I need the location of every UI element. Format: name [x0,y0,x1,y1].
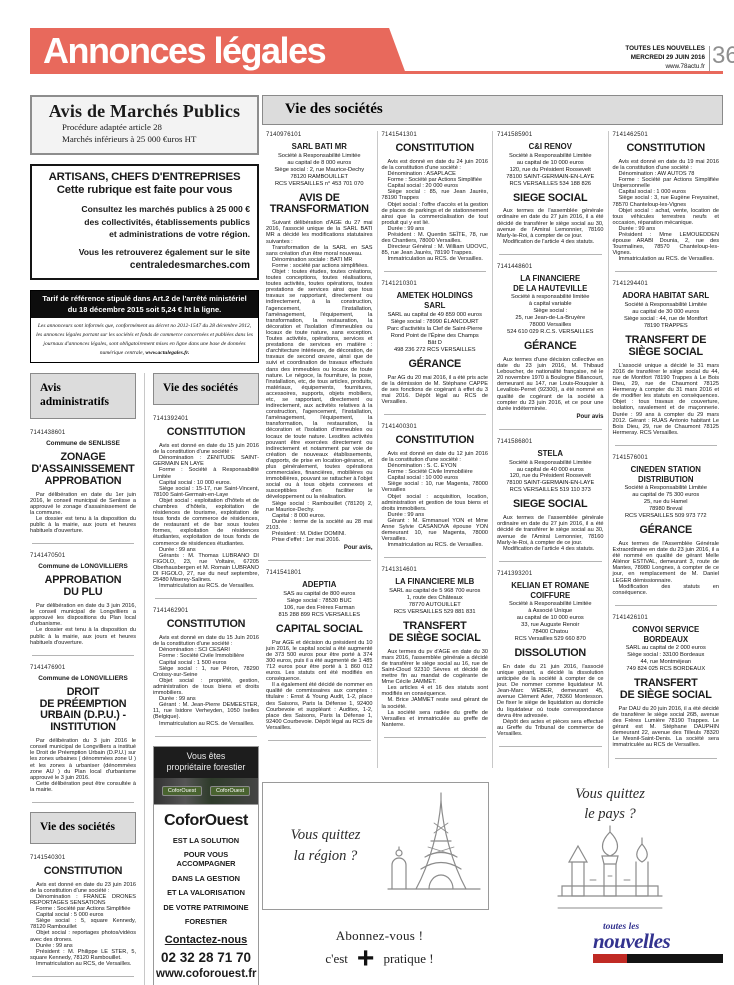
notice-paragraph: Par délibération en date du 1er juin 201… [30,492,136,516]
notice-heading: CONSTITUTION [382,143,489,155]
notice-paragraph: Par délibération en date du 3 juin 2016,… [30,603,136,627]
tarif-box: Tarif de référence stipulé dans Art.2 de… [30,290,259,363]
notice-ref: 7141438601 [30,430,136,436]
legal-notice: 7141462501CONSTITUTIONAvis est donné en … [613,132,720,262]
artisans-promo-title: ARTISANS, CHEFS D'ENTREPRISES Cette rubr… [39,171,250,198]
notice-paragraph: Aux termes d'une décision collective en … [497,357,604,412]
notice-paragraph: Siège social : 85, rue Jean Jaurès, 7819… [382,189,489,201]
notice-paragraph: Siège social : 3, rue Eugène Freyssinet,… [613,195,720,207]
column-6: 7141462501CONSTITUTIONAvis est donné en … [608,131,724,768]
notice-paragraph: Siège social : 1, rue Péron, 78290 Crois… [153,666,259,678]
ad-quit-pays-text: Vous quittez le pays ? [497,784,723,825]
notice-paragraph: Objet social : acquisition, location, ad… [382,494,489,512]
masthead-divider [709,46,710,71]
notice-ref: 7141426101 [613,615,720,621]
notice-paragraph: Président : Mme LEMOUEDDEN épouse ARABI … [613,232,720,256]
notice-paragraph: Il a également été décidé de nommer en q… [266,682,373,731]
notice-paragraph: Immatriculation au RCS. de Versailles. [382,256,489,262]
artisans-promo-body: Consultez les marchés publics à 25 000 €… [39,203,250,242]
notice-ref: 7141462501 [613,132,720,138]
tarif-site: www.actulegales.fr. [145,350,189,356]
ad-coforouest: Vous êtes propriétaire forestierCoforOue… [153,746,259,985]
coforouest-photo-strip: CoforOuestCoforOuest [154,778,258,804]
notice-meta-line: Société à responsabilité limitée [497,294,604,301]
notice-paragraph: Durée : terme de la société au 28 mai 21… [266,519,373,531]
masthead: TOUTES LES NOUVELLES MERCREDI 29 JUIN 20… [520,45,705,71]
notice-separator [32,802,134,803]
notice-heading: CONSTITUTION [613,143,720,155]
subscribe-line2: c'est + pratique ! [262,947,497,971]
notice-paragraph: Les articles 4 et 16 des statuts sont mo… [382,685,489,697]
notice-separator [155,736,257,737]
notice-ref: 7141210301 [382,281,489,287]
notice-separator [32,543,134,544]
notice-ref: 7141586801 [497,439,604,445]
legal-notice: 7141448601LA FINANCIERE DE LA HAUTEVILLE… [497,264,604,420]
notice-ref: 7141540301 [30,855,136,861]
notice-paragraph: Par délibération du 3 juin 2016 le conse… [30,738,136,781]
notice-separator [384,557,487,558]
notice-separator [499,254,602,255]
notice-paragraph: Le dossier est tenu à la disposition du … [30,516,136,534]
artisans-promo-site: centraledesmarches.com [39,260,250,271]
notice-paragraph: Gérant : M. Jean-Pierre DEMEESTER, 11, r… [153,702,259,720]
notice-paragraph: Modification des statuts en conséquence. [613,584,720,596]
notice-meta-line: Siège social : 44, rue de Montfort [613,316,720,323]
coforouest-line: FORESTIER [156,917,256,926]
masthead-date: MERCREDI 29 JUIN 2016 [520,54,705,63]
notice-heading: CONSTITUTION [153,427,259,439]
notice-company-name: C&I RENOV [497,142,604,152]
paris-sketch-illustration [384,789,484,903]
marches-publics-line: Marchés inférieurs à 25 000 €uros HT [40,134,249,146]
notice-meta-line: 78190 TRAPPES [613,323,720,330]
header-rule [404,71,723,74]
notice-paragraph: Objet social : propriété, gestion, admin… [153,678,259,696]
coforouest-brand: CoforOuest [156,812,256,830]
notice-ref: 7141462901 [153,608,259,614]
legal-notice: 7141210301AMETEK HOLDINGS SARLSARL au ca… [382,281,489,405]
notice-ref: 7141576001 [613,455,720,461]
legal-notice: 7140976101SARL BATI MRSociété à Responsa… [266,132,373,551]
notice-meta-line: 78400 Chatou [497,629,604,636]
legal-notice: 7141541801ADEPTIASAS au capital de 800 e… [266,570,373,731]
notice-ref: 7141585901 [497,132,604,138]
coforouest-line: ET LA VALORISATION [156,888,256,897]
notice-ref: 7141314601 [382,567,489,573]
notice-meta-line: RCS VERSAILLES 534 188 826 [497,181,604,188]
notice-company-name: LA FINANCIERE DE LA HAUTEVILLE [497,274,604,293]
notice-meta-line: Siège social : 33100 Bordeaux [613,652,720,659]
notice-paragraph: Aux termes du pv d'AGE en date du 30 mar… [382,649,489,686]
newspaper-logo: toutes les nouvelles [593,916,723,964]
marches-publics-box: Avis de Marchés Publics Procédure adapté… [30,95,259,155]
tarif-body: Les annonceurs sont informés que, confor… [31,318,258,362]
notice-meta-line: Bât D [382,340,489,347]
notice-heading: CONSTITUTION [382,435,489,447]
notice-separator [615,758,718,759]
notice-paragraph: Forme : Société à Responsabilité Limitée [153,467,259,479]
legal-notice: 7141314601LA FINANCIERE MLBSARL au capit… [382,567,489,728]
notice-paragraph: Dénomination : FRANCE DRONES REPORTAGES … [30,894,136,906]
notice-paragraph: Avis est donné en date du 12 juin 2016 d… [382,451,489,463]
notice-heading: TRANSFERT DE SIÈGE SOCIAL [382,621,489,645]
notice-meta-line: Siège social : [497,308,604,315]
notice-company-name: AMETEK HOLDINGS SARL [382,291,489,310]
coforouest-site: www.coforouest.fr [156,968,256,980]
notice-paragraph: Par AGE et décision du président du 10 j… [266,640,373,683]
notice-ref: 7141392401 [153,416,259,422]
notice-meta-line: Société à Responsabilité Limitée [613,302,720,309]
notice-meta-line: 44, rue Montméjean [613,659,720,666]
section-header-vie-des-societes-left: Vie des sociétés [30,812,136,844]
notice-meta-line: Société à Responsabilité Limitée [497,153,604,160]
notice-meta-line: 78770 AUTOUILLET [382,602,489,609]
notice-meta-line: au capital de 10 000 euros [497,160,604,167]
notice-meta-line: SARL au capital de 5 968 700 euros [382,588,489,595]
notice-heading: SIEGE SOCIAL [497,499,604,511]
coforouest-body: CoforOuestEST LA SOLUTIONPOUR VOUS ACCOM… [154,804,258,985]
legal-notice: 7141476901Commune de LONGVILLIERSDROIT D… [30,665,136,793]
notice-separator [268,560,371,561]
notice-paragraph: Avis est donné en date du 24 juin 2016 d… [382,159,489,171]
coforouest-logo-chip: CoforOuest [162,786,202,796]
notice-separator [384,737,487,738]
legal-notice: 7141470501Commune de LONGVILLIERSAPPROBA… [30,553,136,645]
notice-paragraph: Objet social : l'offre d'accès et la ges… [382,202,489,226]
notice-meta-line: Société à Responsabilité Limitée [497,460,604,467]
notice-meta-line: 815 288 899 RCS VERSAILLES [266,612,373,619]
notice-meta-line: à Associé Unique [497,608,604,615]
notice-company-name: STELA [497,449,604,459]
notice-meta-line: 120, rue du Président Roosevelt [497,473,604,480]
section-banner: Annonces légales [30,28,406,74]
subscribe-cest: c'est [325,951,348,967]
notice-separator [499,561,602,562]
page-title: Annonces légales [30,28,406,74]
legal-notice: 7141392401CONSTITUTIONAvis est donné en … [153,416,259,589]
notice-paragraph: Immatriculation au RCS, de Versailles. [30,961,136,967]
page-number: 36 [712,42,734,70]
notice-ref: 7141541301 [382,132,489,138]
notice-paragraph: Objet social : exploitation d'hôtels et … [153,498,259,547]
notice-company-name: CONVOI SERVICE BORDEAUX [613,625,720,644]
notice-meta-line: RCS Versailles 529 660 870 [497,636,604,643]
notice-meta-line: Société à Responsabilité Limitée [266,153,373,160]
notice-heading: GÉRANCE [613,525,720,537]
notice-paragraph: Cette délibération peut être consultée à… [30,781,136,793]
notice-paragraph: Avis est donné en date du 15 juin 2016 d… [153,443,259,455]
ad-quit-pays: Vous quittez le pays ? [497,782,723,910]
notice-meta-line: au capital de 30 000 euros [613,309,720,316]
notice-heading: CONSTITUTION [30,866,136,878]
notice-paragraph: Aux termes de l'assemblée générale ordin… [497,208,604,238]
marches-publics-line: Procédure adaptée article 28 [40,122,249,134]
notice-paragraph: Président : M. Quentin SEÏTE, 78, rue de… [382,232,489,244]
notice-separator [384,271,487,272]
coforouest-line: DE VOTRE PATRIMOINE [156,903,256,912]
notice-company-name: ADEPTIA [266,580,373,590]
notice-paragraph: Avis est donné en date du 15 Juin 2016 d… [153,635,259,647]
notice-separator [384,414,487,415]
notice-signoff: Pour avis [497,414,604,420]
notice-meta-line: SAS au capital de 800 euros [266,591,373,598]
notice-meta-line: 78100 SAINT-GERMAIN-EN-LAYE [497,480,604,487]
notice-meta-line: RCS VERSAILLES 519 110 373 [497,487,604,494]
notice-heading: ZONAGE D'ASSAINISSEMENT APPROBATION [30,452,136,488]
notice-meta-line: 120, rue du Président Roosevelt [497,167,604,174]
notice-paragraph: Aux termes de l'assemblée générale ordin… [497,515,604,545]
legal-notice: 7141576001CINEDEN STATION DISTRIBUTIONSo… [613,455,720,596]
moscow-sketch-illustration [544,824,676,910]
notice-paragraph: Siège social : 5, square Kennedy, 78120 … [30,918,136,930]
notice-ref: 7140976101 [266,132,373,138]
notice-separator [32,655,134,656]
notice-ref: 7141400301 [382,424,489,430]
notice-paragraph: Immatriculation au RCS. de Versailles. [613,256,720,262]
notice-ref: 7141470501 [30,553,136,559]
legal-notice: 7141400301CONSTITUTIONAvis est donné en … [382,424,489,548]
notice-heading: GÉRANCE [497,341,604,353]
notice-meta-line: Rond Point de l'Épine des Champs [382,333,489,340]
notice-separator [155,598,257,599]
subscribe-promo: Abonnez-vous ! c'est + pratique ! [262,916,497,971]
column-2: Vie des sociétés7141392401CONSTITUTIONAv… [144,373,259,985]
marches-publics-title: Avis de Marchés Publics [40,101,249,122]
notice-meta-line: au capital de 40 000 euros [497,467,604,474]
notice-meta-line: à capital variable [497,301,604,308]
subscribe-line1: Abonnez-vous ! [262,928,497,944]
ad-quit-region: Vous quittez la région ? [262,782,489,910]
notice-paragraph: Gérants : M. Thomas LUBRANO DI FIGOLO, 2… [153,553,259,583]
notice-paragraph: Aux termes de l'Assemblée Générale Extra… [613,541,720,584]
notice-meta-line: 25, rue Jean-de-La-Bruyère [497,315,604,322]
notice-separator [32,976,134,977]
notice-meta-line: RCS VERSAILLES 529 881 831 [382,609,489,616]
notice-separator [615,605,718,606]
notice-paragraph: Modification de l'article 4 des statuts. [497,546,604,552]
notice-paragraph: Directeur Général : M. William UDOVC, 85… [382,244,489,256]
legal-notice: 7141585901C&I RENOVSociété à Responsabil… [497,132,604,245]
column-1: Avis administratifs7141438601Commune de … [30,373,136,985]
notice-commune: Commune de SENLISSE [30,440,136,447]
notice-paragraph: Immatriculation au RCS. de Versailles. [153,721,259,727]
notice-meta-line: Parc d'activités la Clef de Saint-Pierre [382,326,489,333]
notice-paragraph: La société sera radiée du greffe de Vers… [382,710,489,728]
notice-company-name: SARL BATI MR [266,142,373,152]
coforouest-line: EST LA SOLUTION [156,836,256,845]
coforouest-logo-chip: CoforOuest [210,786,250,796]
section-header-vie-des-societes: Vie des sociétés [262,95,723,125]
coforouest-headline: Vous êtes propriétaire forestier [154,747,258,779]
coforouest-line: DANS LA GESTION [156,874,256,883]
notice-separator [615,445,718,446]
notice-meta-line: 78980 Breval [613,506,720,513]
notice-meta-line: RCS VERSAILLES n° 453 701 070 [266,181,373,188]
notice-meta-line: Siège social : 2, rue Maurice-Dechy [266,167,373,174]
notice-meta-line: 78100 SAINT-GERMAIN-EN-LAYE [497,174,604,181]
notice-heading: CONSTITUTION [153,619,259,631]
notice-paragraph: Modification de l'article 4 des statuts. [497,239,604,245]
artisans-promo-body2: Vous les retrouverez également sur le si… [39,246,250,259]
notice-meta-line: 25, rue du Hamel [613,499,720,506]
notice-meta-line: 749 824 025 RCS BORDEAUX [613,666,720,673]
plus-icon: + [357,947,375,971]
coforouest-phone: 02 32 28 71 70 [156,950,256,965]
notice-paragraph: M. Brice JAMMET reste seul gérant de la … [382,697,489,709]
section-header-avis-administratifs: Avis administratifs [30,373,136,419]
notice-heading: CAPITAL SOCIAL [266,624,373,636]
notice-paragraph: Avis est donné en date du 23 juin 2016 d… [30,882,136,894]
bottom-ads: Vous quittez la région ? [262,782,723,910]
notice-paragraph: Forme : Société Civile Immobilière [153,653,259,659]
notice-meta-line: 498 236 272 RCS VERSAILLES [382,347,489,354]
notice-heading: GÉRANCE [382,359,489,371]
notice-heading: APPROBATION DU PLU [30,575,136,599]
left-columns: Avis administratifs7141438601Commune de … [30,373,259,985]
notice-meta-line: Siège social : 78530 BUC [266,598,373,605]
notice-meta-line: 78000 Versailles [497,322,604,329]
notice-paragraph: Objet : toutes études, toutes créations,… [266,269,373,501]
newspaper-page: Annonces légales TOUTES LES NOUVELLES ME… [0,0,734,985]
notice-paragraph: Transformation de la SARL en SAS sans cr… [266,245,373,257]
notice-meta-line: 33, rue Auguste Renoir [497,622,604,629]
notice-paragraph: Forme : Société par Actions Simplifiée U… [613,177,720,189]
left-region: Avis de Marchés Publics Procédure adapté… [30,95,259,985]
artisans-promo-box: ARTISANS, CHEFS D'ENTREPRISES Cette rubr… [30,164,259,280]
notice-company-name: LA FINANCIERE MLB [382,577,489,587]
notice-paragraph: Par DAU du 20 juin 2016, il a été décidé… [613,706,720,749]
legal-notice: 7141438601Commune de SENLISSEZONAGE D'AS… [30,430,136,534]
notice-paragraph: Immatriculation au RCS. de Versailles. [153,583,259,589]
notice-ref: 7141541801 [266,570,373,576]
notice-paragraph: Objet social : reportages photos/vidéos … [30,930,136,942]
notice-paragraph: Dénomination : ZENITUDE SAINT-GERMAIN EN… [153,455,259,467]
notice-heading: AVIS DE TRANSFORMATION [266,193,373,217]
notice-commune: Commune de LONGVILLIERS [30,675,136,682]
notice-paragraph: Immatriculation au RCS. de Versailles. [382,542,489,548]
notice-separator [268,740,371,741]
notice-meta-line: 524 610 029 R.C.S. VERSAILLES [497,329,604,336]
notice-meta-line: Siège social : 78990 ÉLANCOURT [382,319,489,326]
notice-meta-line: au capital de 75 300 euros [613,492,720,499]
subscribe-row: Abonnez-vous ! c'est + pratique ! toutes… [262,916,723,971]
legal-notice: 7141541301CONSTITUTIONAvis est donné en … [382,132,489,262]
notice-paragraph: Siège social : 10, rue Magenta, 78000 Ve… [382,481,489,493]
notice-separator [615,271,718,272]
column-3: 7140976101SARL BATI MRSociété à Responsa… [262,131,377,768]
section-header-vie-des-societes-mid: Vie des sociétés [153,373,259,405]
notice-paragraph: Président : M. Philippe LE STER, 5, squa… [30,949,136,961]
notice-meta-line: RCS VERSAILLES 509 973 772 [613,513,720,520]
notice-meta-line: SARL au capital de 49 859 000 euros [382,312,489,319]
notice-paragraph: L'associé unique a décidé le 31 mars 201… [613,363,720,436]
notice-meta-line: 106, rue des Frères Farman [266,605,373,612]
notice-paragraph: Par AG du 20 mai 2016, il a été pris act… [382,375,489,405]
right-region: Vie des sociétés 7140976101SARL BATI MRS… [262,95,723,971]
notice-meta-line: 78120 RAMBOUILLET [266,174,373,181]
notice-company-name: CINEDEN STATION DISTRIBUTION [613,465,720,484]
notice-meta-line: 1, route des Châteaux [382,595,489,602]
notice-paragraph: Suivant délibération d'AGE du 27 mai 201… [266,220,373,244]
notice-paragraph: Gérant : M. Emmanuel YON et Mme Anne Syl… [382,518,489,542]
coforouest-contact: Contactez-nous [156,934,256,946]
subscribe-pratique: pratique ! [383,951,433,967]
column-5: 7141585901C&I RENOVSociété à Responsabil… [492,131,608,768]
legal-notice: 7141462901CONSTITUTIONAvis est donné en … [153,608,259,726]
notice-paragraph: Le dossier est tenu à la disposition du … [30,627,136,645]
notice-ref: 7141294401 [613,281,720,287]
notice-ref: 7141448601 [497,264,604,270]
notice-paragraph: Objet social : achat, vente, location de… [613,208,720,226]
logo-bar [593,954,723,963]
notice-heading: DISSOLUTION [497,648,604,660]
notice-paragraph: En date du 21 juin 2016, l'associé uniqu… [497,664,604,719]
notice-heading: DROIT DE PRÉEMPTION URBAIN (D.P.U.) - IN… [30,687,136,735]
masthead-paper-name: TOUTES LES NOUVELLES [520,45,705,54]
notice-meta-line: Société à Responsabilité Limitée [613,485,720,492]
notice-meta-line: au capital de 10 000 euros [497,615,604,622]
notice-paragraph: Prise d'effet : 1er mai 2016. [266,537,373,543]
notice-paragraph: Avis est donné en date du 19 mai 2016 de… [613,159,720,171]
column-4: 7141541301CONSTITUTIONAvis est donné en … [377,131,493,768]
legal-notice: 7141426101CONVOI SERVICE BORDEAUXSARL au… [613,615,720,749]
notice-ref: 7141393201 [497,571,604,577]
notice-meta-line: SARL au capital de 2 000 euros [613,645,720,652]
legal-notice: 7141294401ADORA HABITAT SARLSociété à Re… [613,281,720,435]
notice-heading: SIEGE SOCIAL [497,193,604,205]
notice-paragraph: Dépôt des actes et pièces sera effectué … [497,719,604,737]
coforouest-line: POUR VOUS ACCOMPAGNER [156,850,256,868]
logo-line2: nouvelles [593,932,723,952]
notice-separator [499,429,602,430]
notice-paragraph: Siège social : Rambouillet (78120) 2, ru… [266,501,373,513]
legal-notice: 7141586801STELASociété à Responsabilité … [497,439,604,552]
notice-paragraph: Siège social : 15-17, rue Saint-Vincent,… [153,486,259,498]
right-columns: 7140976101SARL BATI MRSociété à Responsa… [262,131,723,768]
tarif-title: Tarif de référence stipulé dans Art.2 de… [31,291,258,318]
notice-heading: TRANSFERT DE SIÈGE SOCIAL [613,335,720,359]
notice-heading: TRANSFERT DE SIÈGE SOCIAL [613,678,720,702]
ad-quit-region-text: Vous quittez la région ? [267,825,384,866]
notice-meta-line: au capital de 8 000 euros [266,160,373,167]
legal-notice: 7141393201KELIAN ET ROMANE COIFFURESocié… [497,571,604,737]
notice-meta-line: Société à Responsabilité Limitée [497,601,604,608]
notice-signoff: Pour avis, [266,545,373,551]
notice-company-name: KELIAN ET ROMANE COIFFURE [497,581,604,600]
notice-company-name: ADORA HABITAT SARL [613,291,720,301]
legal-notice: 7141540301CONSTITUTIONAvis est donné en … [30,855,136,967]
notice-ref: 7141476901 [30,665,136,671]
notice-commune: Commune de LONGVILLIERS [30,563,136,570]
notice-separator [499,746,602,747]
